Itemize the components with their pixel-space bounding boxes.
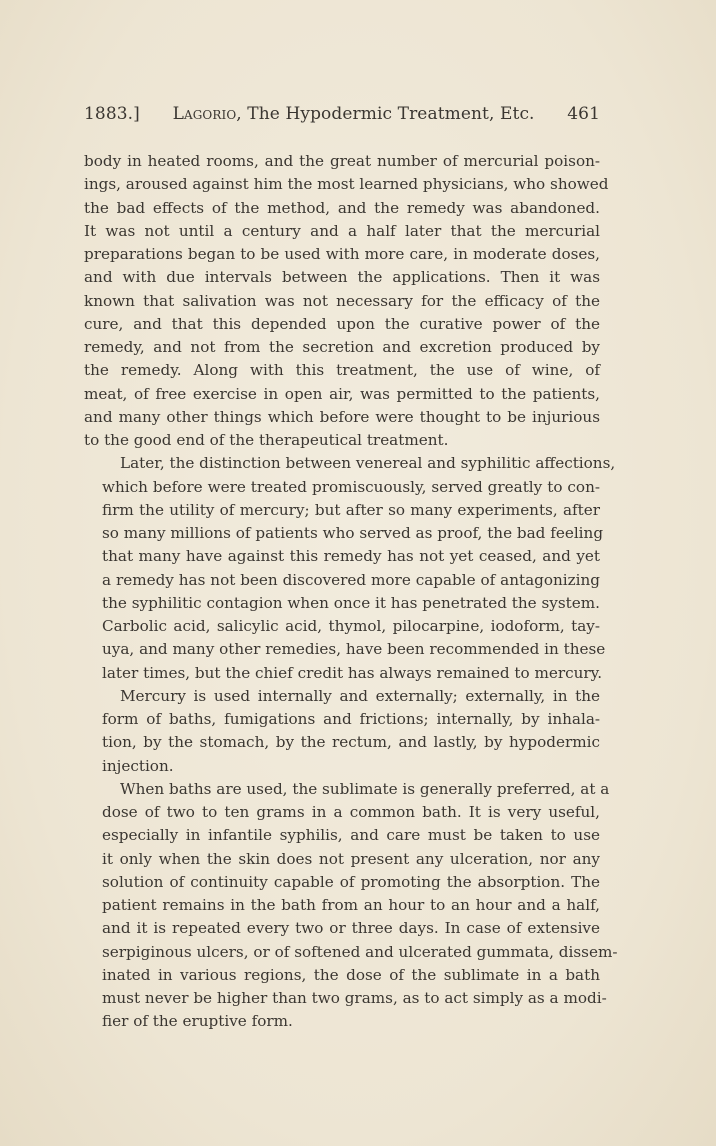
text-line: later times, but the chief credit has al… [84, 662, 600, 685]
header-year: 1883.] [84, 104, 140, 124]
body-text: body in heated rooms, and the great numb… [84, 150, 600, 1034]
header-title: Lagorio, The Hypodermic Treatment, Etc. [173, 104, 535, 124]
text-line: and it is repeated every two or three da… [84, 917, 600, 940]
text-line: injection. [84, 755, 600, 778]
header-author: Lagorio [173, 104, 237, 124]
text-line: a remedy has not been discovered more ca… [84, 569, 600, 592]
paragraph: When baths are used, the sublimate is ge… [84, 778, 600, 1034]
text-line: serpiginous ulcers, or of softened and u… [84, 941, 600, 964]
text-line: especially in infantile syphilis, and ca… [84, 824, 600, 847]
text-line: to the good end of the therapeutical tre… [84, 429, 600, 452]
text-line: firm the utility of mercury; but after s… [84, 499, 600, 522]
text-line: it only when the skin does not present a… [84, 848, 600, 871]
text-line: uya, and many other remedies, have been … [84, 638, 600, 661]
text-line: cure, and that this depended upon the cu… [84, 313, 600, 336]
text-line: form of baths, fumigations and frictions… [84, 708, 600, 731]
text-line: the bad effects of the method, and the r… [84, 197, 600, 220]
text-line: must never be higher than two grams, as … [84, 987, 600, 1010]
text-line: remedy, and not from the secretion and e… [84, 336, 600, 359]
text-line: solution of continuity capable of promot… [84, 871, 600, 894]
text-line: inated in various regions, the dose of t… [84, 964, 600, 987]
text-line: It was not until a century and a half la… [84, 220, 600, 243]
document-page: 1883.] Lagorio, The Hypodermic Treatment… [0, 0, 716, 1146]
text-line: dose of two to ten grams in a common bat… [84, 801, 600, 824]
text-line: which before were treated promiscuously,… [84, 476, 600, 499]
text-line: meat, of free exercise in open air, was … [84, 383, 600, 406]
text-line: fier of the eruptive form. [84, 1010, 600, 1033]
text-line: When baths are used, the sublimate is ge… [84, 778, 600, 801]
text-line: Carbolic acid, salicylic acid, thymol, p… [84, 615, 600, 638]
header-article-title: , The Hypodermic Treatment, Etc. [236, 104, 534, 124]
text-line: Mercury is used internally and externall… [84, 685, 600, 708]
text-line: patient remains in the bath from an hour… [84, 894, 600, 917]
text-line: and many other things which before were … [84, 406, 600, 429]
running-header: 1883.] Lagorio, The Hypodermic Treatment… [84, 104, 600, 124]
text-line: preparations began to be used with more … [84, 243, 600, 266]
paragraph: Later, the distinction between venereal … [84, 452, 600, 685]
text-line: tion, by the stomach, by the rectum, and… [84, 731, 600, 754]
page-number: 461 [567, 104, 600, 124]
paragraph: Mercury is used internally and externall… [84, 685, 600, 778]
text-line: the syphilitic contagion when once it ha… [84, 592, 600, 615]
text-line: the remedy. Along with this treatment, t… [84, 359, 600, 382]
text-line: that many have against this remedy has n… [84, 545, 600, 568]
text-line: so many millions of patients who served … [84, 522, 600, 545]
text-line: Later, the distinction between venereal … [84, 452, 600, 475]
text-line: body in heated rooms, and the great numb… [84, 150, 600, 173]
text-line: ings, aroused against him the most learn… [84, 173, 600, 196]
paragraph: body in heated rooms, and the great numb… [84, 150, 600, 452]
text-line: and with due intervals between the appli… [84, 266, 600, 289]
text-line: known that salivation was not necessary … [84, 290, 600, 313]
